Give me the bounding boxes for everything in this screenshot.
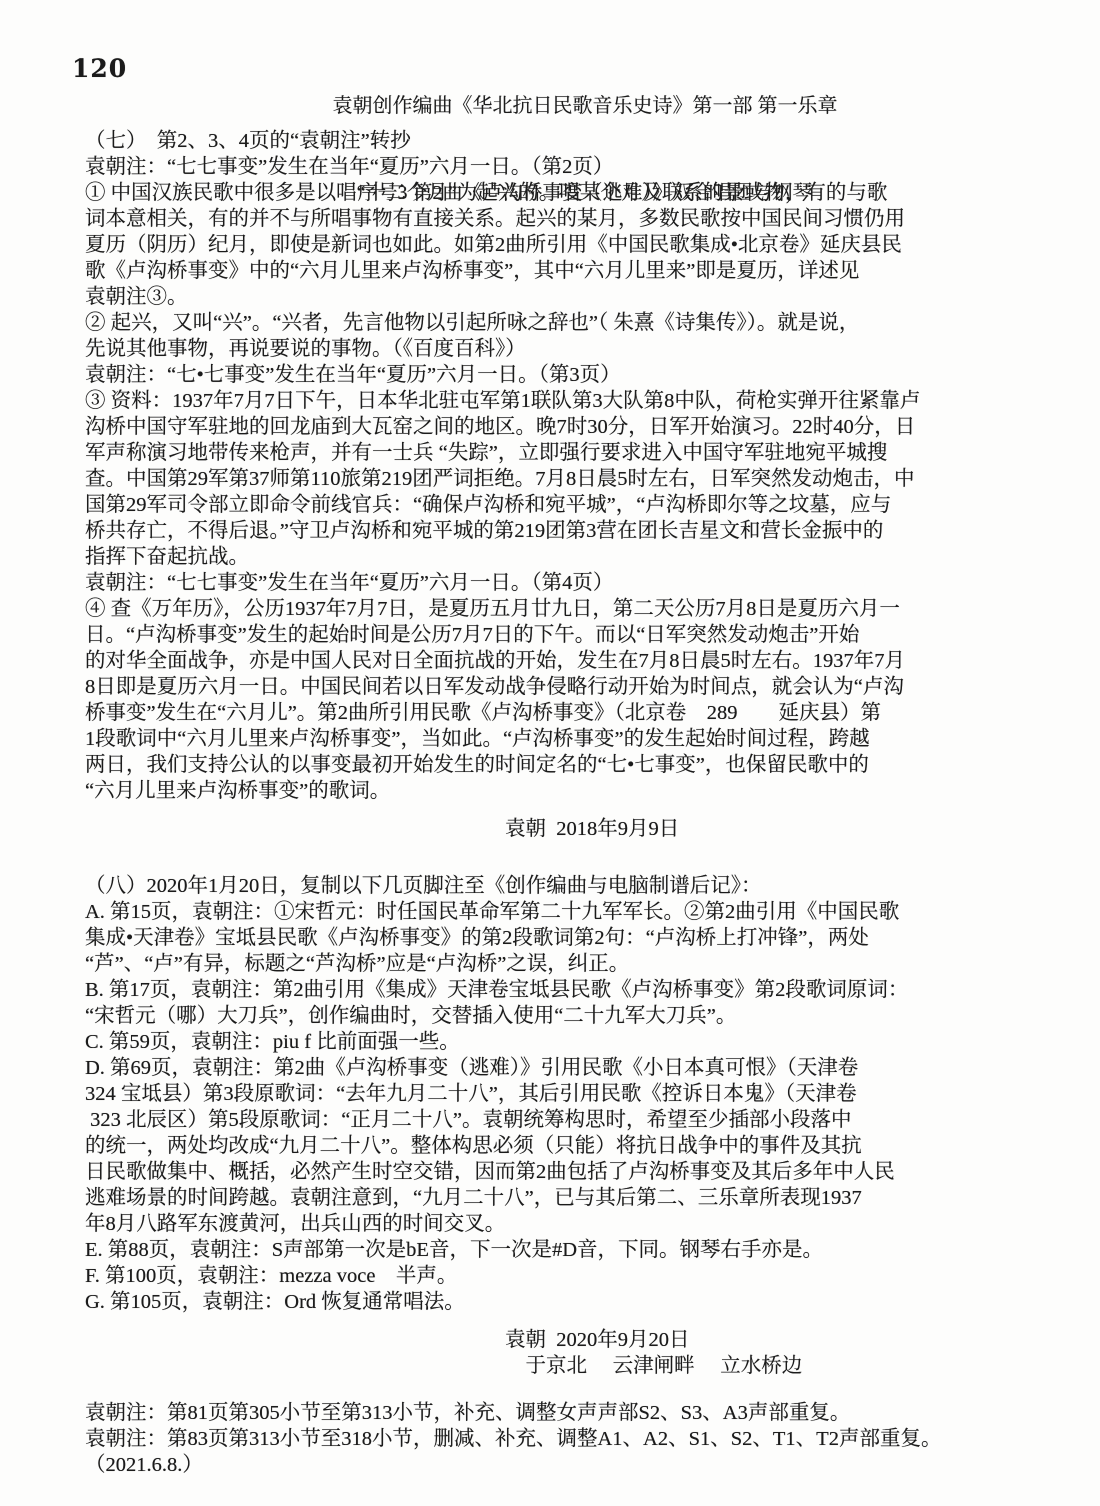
text-line: 袁朝注：“七七事变”发生在当年“夏历”六月一日。（第4页） bbox=[85, 570, 1023, 596]
text-line: 的对华全面战争，亦是中国人民对日全面抗战的开始，发生在7月8日晨5时左右。193… bbox=[85, 648, 1023, 674]
text-line: 国第29军司令部立即命令前线官兵：“确保卢沟桥和宛平城”，“卢沟桥即尔等之坟墓，… bbox=[85, 492, 1023, 518]
text-line: 指挥下奋起抗战。 bbox=[85, 544, 1023, 570]
text-line: 桥事变”发生在“六月儿”。第2曲所引用民歌《卢沟桥事变》（北京卷 289 延庆县… bbox=[85, 700, 1023, 726]
text-line: “芦”、“卢”有异，标题之“芦沟桥”应是“卢沟桥”之误，纠正。 bbox=[85, 951, 1023, 977]
text-line: 袁朝注：“七七事变”发生在当年“夏历”六月一日。（第2页） bbox=[85, 154, 1023, 180]
signature-line: 袁朝 2020年9月20日 bbox=[85, 1327, 1023, 1353]
text-line: 日。“卢沟桥事变”发生的起始时间是公历7月7日的下午。而以“日军突然发动炮击”开… bbox=[85, 622, 1023, 648]
blank-space bbox=[85, 842, 1023, 873]
text-line: D. 第69页，袁朝注：第2曲《卢沟桥事变（逃难）》引用民歌《小日本真可恨》（天… bbox=[85, 1055, 1023, 1081]
blank-space bbox=[85, 1315, 1023, 1327]
text-line: “六月儿里来卢沟桥事变”的歌词。 bbox=[85, 778, 1023, 804]
text-line: ④ 查《万年历》，公历1937年7月7日，是夏历五月廿九日，第二天公历7月8日是… bbox=[85, 596, 1023, 622]
text-line: 袁朝注：第81页第305小节至第313小节，补充、调整女声声部S2、S3、A3声… bbox=[85, 1400, 1023, 1426]
blank-space bbox=[85, 1379, 1023, 1400]
text-line: 先说其他事物，再说要说的事物。（《百度百科》） bbox=[85, 336, 1023, 362]
text-line: 夏历（阴历）纪月，即使是新词也如此。如第2曲所引用《中国民歌集成•北京卷》延庆县… bbox=[85, 232, 1023, 258]
text-line: 袁朝注③。 bbox=[85, 284, 1023, 310]
text-line: 323 北辰区）第5段原歌词：“正月二十八”。袁朝统筹构思时，希望至少插部小段落… bbox=[85, 1107, 1023, 1133]
signature-line: 于京北 云津闸畔 立水桥边 bbox=[85, 1353, 1023, 1379]
header-title-line1: 袁朝创作编曲《华北抗日民歌音乐史诗》第一部 第一乐章 bbox=[110, 92, 1060, 121]
text-line: 年8月八路军东渡黄河，出兵山西的时间交叉。 bbox=[85, 1211, 1023, 1237]
text-line: F. 第100页，袁朝注：mezza voce 半声。 bbox=[85, 1263, 1023, 1289]
text-line: ② 起兴，又叫“兴”。“兴者，先言他物以引起所咏之辞也”（ 朱熹《诗集传》）。就… bbox=[85, 310, 1023, 336]
blank-space bbox=[85, 804, 1023, 816]
text-line: （八）2020年1月20日，复制以下几页脚注至《创作编曲与电脑制谱后记》： bbox=[85, 873, 1023, 899]
text-line: （七） 第2、3、4页的“袁朝注”转抄 bbox=[85, 128, 1023, 154]
text-line: 1段歌词中“六月儿里来卢沟桥事变”，当如此。“卢沟桥事变”的发生起始时间过程，跨… bbox=[85, 726, 1023, 752]
text-line: E. 第88页，袁朝注：S声部第一次是bE音，下一次是#D音，下同。钢琴右手亦是… bbox=[85, 1237, 1023, 1263]
text-line: “宋哲元（哪）大刀兵”，创作编曲时，交替插入使用“二十九军大刀兵”。 bbox=[85, 1003, 1023, 1029]
text-line: 沟桥中国守军驻地的回龙庙到大瓦窑之间的地区。晚7时30分，日军开始演习。22时4… bbox=[85, 414, 1023, 440]
text-line: 词本意相关，有的并不与所唱事物有直接关系。起兴的某月，多数民歌按中国民间习惯仍用 bbox=[85, 206, 1023, 232]
text-line: 逃难场景的时间跨越。袁朝注意到，“九月二十八”，已与其后第二、三乐章所表现193… bbox=[85, 1185, 1023, 1211]
text-line: 袁朝注：“七•七事变”发生在当年“夏历”六月一日。（第3页） bbox=[85, 362, 1023, 388]
text-line: G. 第105页，袁朝注：Ord 恢复通常唱法。 bbox=[85, 1289, 1023, 1315]
text-line: A. 第15页，袁朝注：①宋哲元：时任国民革命军第二十九军军长。②第2曲引用《中… bbox=[85, 899, 1023, 925]
text-line: 8日即是夏历六月一日。中国民间若以日军发动战争侵略行动开始为时间点，就会认为“卢… bbox=[85, 674, 1023, 700]
text-line: 袁朝注：第83页第313小节至318小节，删减、补充、调整A1、A2、S1、S2… bbox=[85, 1426, 1023, 1452]
text-line: 集成•天津卷》宝坻县民歌《卢沟桥事变》的第2段歌词第2句：“卢沟桥上打冲锋”，两… bbox=[85, 925, 1023, 951]
text-line: C. 第59页，袁朝注：piu f 比前面强一些。 bbox=[85, 1029, 1023, 1055]
document-page: 120 袁朝创作编曲《华北抗日民歌音乐史诗》第一部 第一乐章 序号3 第2曲《卢… bbox=[0, 0, 1100, 1506]
text-line: （2021.6.8.） bbox=[85, 1452, 1023, 1478]
text-line: ① 中国汉族民歌中很多是以唱“十二个月”为起兴的。唱某个月及联系的景或物，有的与… bbox=[85, 180, 1023, 206]
text-line: 324 宝坻县）第3段原歌词：“去年九月二十八”，其后引用民歌《控诉日本鬼》（天… bbox=[85, 1081, 1023, 1107]
text-line: 的统一，两处均改成“九月二十八”。整体构思必须（只能）将抗日战争中的事件及其抗 bbox=[85, 1133, 1023, 1159]
text-line: 查。中国第29军第37师第110旅第219团严词拒绝。7月8日晨5时左右，日军突… bbox=[85, 466, 1023, 492]
text-line: B. 第17页，袁朝注：第2曲引用《集成》天津卷宝坻县民歌《卢沟桥事变》第2段歌… bbox=[85, 977, 1023, 1003]
text-line: 两日，我们支持公认的以事变最初开始发生的时间定名的“七•七事变”，也保留民歌中的 bbox=[85, 752, 1023, 778]
signature-line: 袁朝 2018年9月9日 bbox=[85, 816, 1023, 842]
text-line: ③ 资料：1937年7月7日下午，日本华北驻屯军第1联队第3大队第8中队，荷枪实… bbox=[85, 388, 1023, 414]
text-line: 日民歌做集中、概括，必然产生时空交错，因而第2曲包括了卢沟桥事变及其后多年中人民 bbox=[85, 1159, 1023, 1185]
document-body: （七） 第2、3、4页的“袁朝注”转抄袁朝注：“七七事变”发生在当年“夏历”六月… bbox=[85, 128, 1023, 1478]
text-line: 军声称演习地带传来枪声，并有一士兵 “失踪”，立即强行要求进入中国守军驻地宛平城… bbox=[85, 440, 1023, 466]
text-line: 歌《卢沟桥事变》中的“六月儿里来卢沟桥事变”，其中“六月儿里来”即是夏历，详述见 bbox=[85, 258, 1023, 284]
text-line: 桥共存亡，不得后退。”守卫卢沟桥和宛平城的第219团第3营在团长吉星文和营长金振… bbox=[85, 518, 1023, 544]
